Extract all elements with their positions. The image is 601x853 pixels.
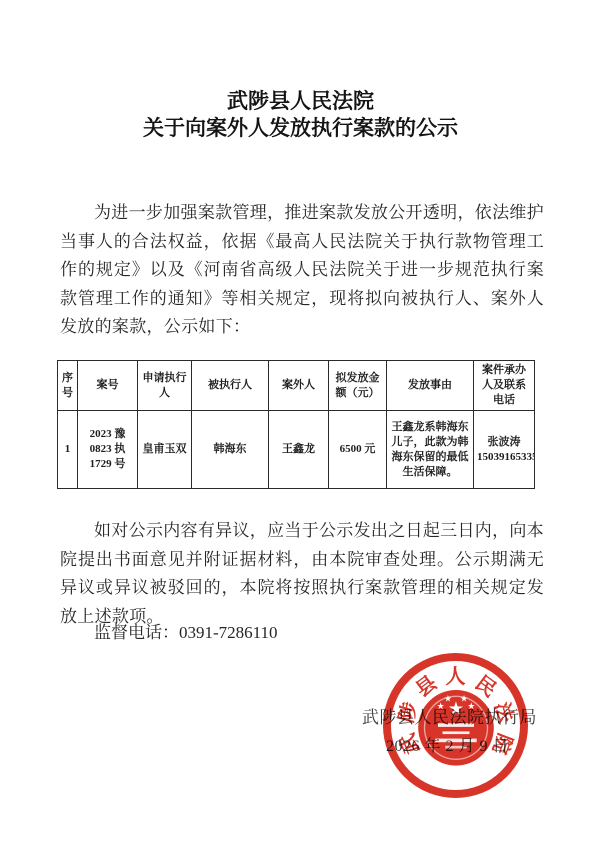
header-amount: 拟发放金额（元） [329,361,387,411]
header-applicant: 申请执行人 [138,361,192,411]
title-line-1: 武陟县人民法院 [0,88,601,115]
cell-case-number: 2023 豫 0823 执 1729 号 [78,411,138,489]
cell-index: 1 [58,411,78,489]
case-table: 序号 案号 申请执行人 被执行人 案外人 拟发放金额（元） 发放事由 案件承办人… [57,360,535,489]
header-executee: 被执行人 [192,361,269,411]
national-emblem-icon: ★ ★ ★ ★ ★ [411,681,501,771]
cell-amount: 6500 元 [329,411,387,489]
svg-text:★: ★ [460,694,468,704]
cell-applicant: 皇甫玉双 [138,411,192,489]
header-index: 序号 [58,361,78,411]
cell-handler: 张波涛 15039165335 [474,411,535,489]
svg-text:★: ★ [467,701,475,711]
supervision-phone: 监督电话：0391-7286110 [60,618,544,643]
cell-executee: 韩海东 [192,411,269,489]
document-page: 武陟县人民法院 关于向案外人发放执行案款的公示 为进一步加强案款管理，推进案款发… [0,0,601,853]
objection-paragraph: 如对公示内容有异议，应当于公示发出之日起三日内，向本院提出书面意见并附证据材料，… [60,517,544,631]
header-handler: 案件承办人及联系电话 [474,361,535,411]
header-outsider: 案外人 [269,361,329,411]
cell-reason: 王鑫龙系韩海东儿子，此款为韩海东保留的最低生活保障。 [387,411,474,489]
table-header-row: 序号 案号 申请执行人 被执行人 案外人 拟发放金额（元） 发放事由 案件承办人… [58,361,535,411]
cell-outsider: 王鑫龙 [269,411,329,489]
official-seal: 武 陟 县 人 民 法 院 ★ ★ ★ ★ ★ [383,653,528,798]
table-row: 1 2023 豫 0823 执 1729 号 皇甫玉双 韩海东 王鑫龙 6500… [58,411,535,489]
header-reason: 发放事由 [387,361,474,411]
intro-paragraph: 为进一步加强案款管理，推进案款发放公开透明，依法维护当事人的合法权益，依据《最高… [60,199,544,342]
document-title: 武陟县人民法院 关于向案外人发放执行案款的公示 [0,88,601,142]
svg-text:★: ★ [443,694,451,704]
header-case-number: 案号 [78,361,138,411]
title-line-2: 关于向案外人发放执行案款的公示 [0,115,601,142]
